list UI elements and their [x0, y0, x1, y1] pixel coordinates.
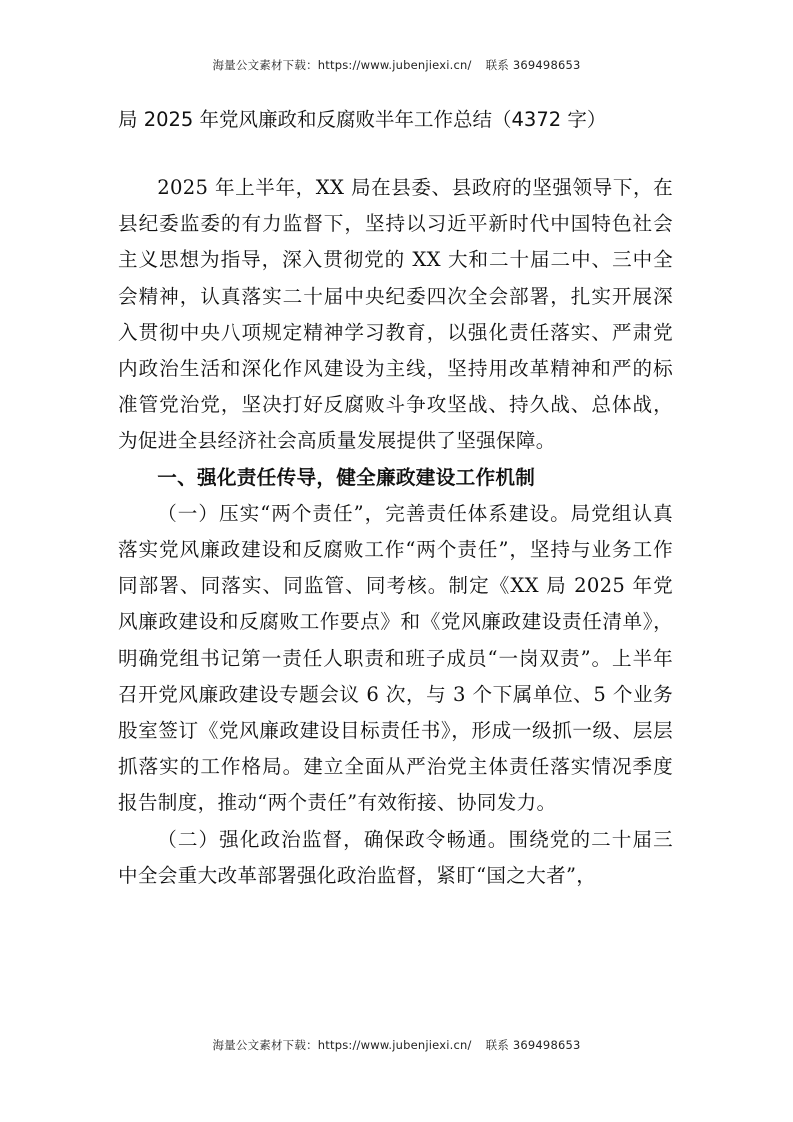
header-url-link[interactable]: https://www.jubenjiexi.cn/	[318, 58, 472, 72]
section1-paragraph-2: （二）强化政治监督，确保政令畅通。围绕党的二十届三中全会重大改革部署强化政治监督…	[118, 822, 673, 894]
footer-download-label: 海量公文素材下载：	[212, 1038, 317, 1052]
footer-contact-label: 联系	[486, 1038, 509, 1052]
page-footer-watermark: 海量公文素材下载：https://www.jubenjiexi.cn/联系 36…	[0, 1037, 793, 1053]
intro-paragraph: 2025 年上半年，XX 局在县委、县政府的坚强领导下，在县纪委监委的有力监督下…	[118, 170, 673, 460]
header-download-label: 海量公文素材下载：	[212, 58, 317, 72]
document-body: 2025 年上半年，XX 局在县委、县政府的坚强领导下，在县纪委监委的有力监督下…	[118, 170, 673, 894]
header-contact-label: 联系	[486, 58, 509, 72]
header-contact-number: 369498653	[513, 58, 581, 72]
section-heading-1: 一、强化责任传导，健全廉政建设工作机制	[118, 460, 673, 496]
page-header-watermark: 海量公文素材下载：https://www.jubenjiexi.cn/联系 36…	[0, 57, 793, 73]
document-title: 局 2025 年党风廉政和反腐败半年工作总结（4372 字）	[118, 104, 718, 132]
footer-url-link[interactable]: https://www.jubenjiexi.cn/	[318, 1038, 472, 1052]
footer-contact-number: 369498653	[513, 1038, 581, 1052]
section1-paragraph-1: （一）压实“两个责任”，完善责任体系建设。局党组认真落实党风廉政建设和反腐败工作…	[118, 496, 673, 822]
